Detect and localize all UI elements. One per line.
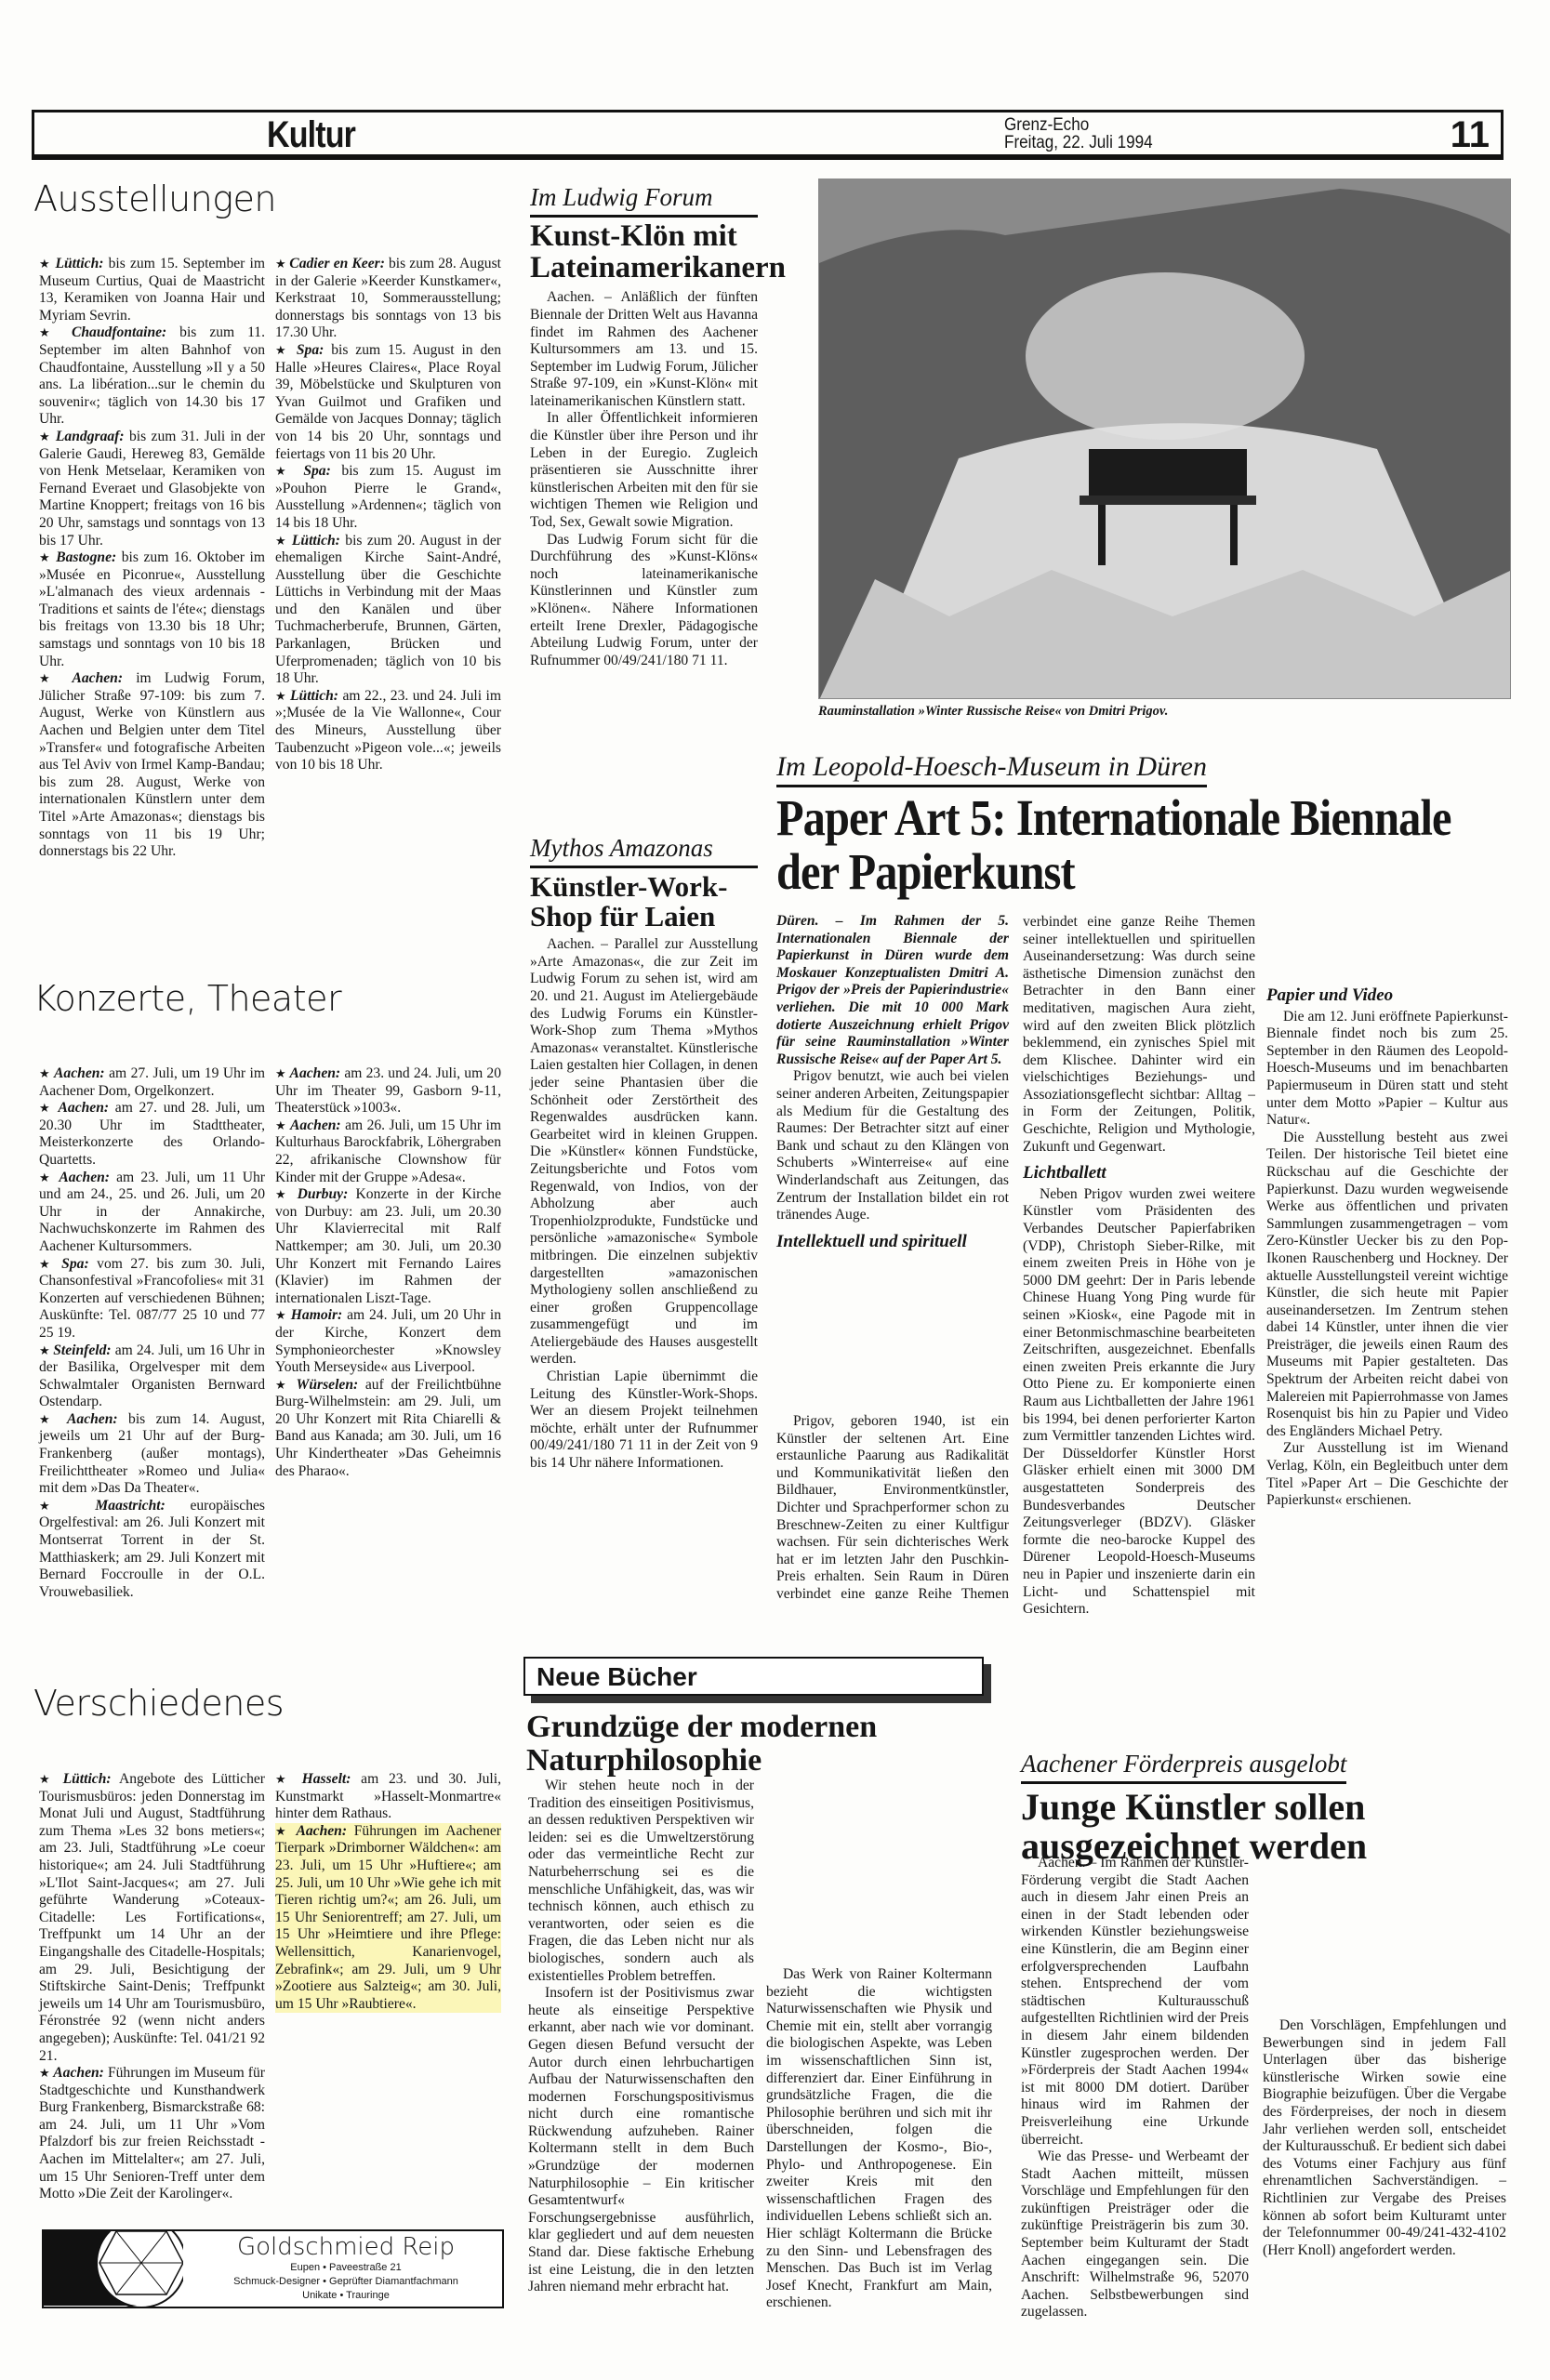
star-icon: ★ [275,534,292,548]
paragraph: Christian Lapie übernimmt die Leitung de… [530,1368,758,1473]
listing-location: Chaudfontaine: [72,324,166,340]
listing-location: Lüttich: [290,688,338,704]
installation-photo[interactable] [818,178,1511,699]
listing-location: Steinfeld: [53,1342,111,1358]
paragraph: Prigov benutzt, wie auch bei vielen sein… [776,1068,1009,1223]
star-icon: ★ [275,257,289,271]
paragraph: Das Werk von Rainer Koltermann bezieht d… [766,1966,992,2312]
listing-location: Aachen: [53,2065,104,2081]
headline: Paper Art 5: Internationale Biennale der… [776,791,1513,899]
subheading: Papier und Video [1266,987,1508,1005]
paragraph: Aachen. – Im Rahmen der Künstler-Förderu… [1021,1855,1249,2149]
star-icon: ★ [275,1378,296,1392]
paragraph: Neben Prigov wurden zwei weitere Künstle… [1023,1186,1255,1619]
listing-entry: ★ Spa: bis zum 15. August in den Halle »… [275,342,501,463]
article-paper-art: Im Leopold-Hoesch-Museum in Düren Paper … [776,751,1511,899]
listing-text: Führungen im Museum für Stadtgeschichte … [39,2065,265,2201]
star-icon: ★ [39,1170,59,1184]
star-icon: ★ [39,1343,53,1357]
listing-entry: ★ Bastogne: bis zum 16. Oktober im »Musé… [39,549,265,670]
konzerte-column-1: ★ Aachen: am 27. Juli, um 19 Uhr im Aach… [39,1065,265,1601]
star-icon: ★ [39,257,55,271]
listing-location: Aachen: [72,670,123,686]
listing-location: Durbuy: [298,1186,349,1202]
listing-location: Cadier en Keer: [289,256,385,271]
listing-text: Angebote des Lütticher Tourismusbüros: j… [39,1771,265,2064]
advertisement-goldschmied[interactable]: Goldschmied Reip Eupen • Paveestraße 21 … [42,2229,504,2308]
listing-entry: ★ Cadier en Keer: bis zum 28. August in … [275,256,501,342]
headline: Künstler-Work-Shop für Laien [530,872,758,931]
star-icon: ★ [275,1187,298,1201]
listing-location: Bastogne: [56,549,116,565]
bench-installation-image [819,179,1511,699]
section-heading-verschiedenes: Verschiedenes [33,1683,284,1724]
listing-location: Maastricht: [95,1498,165,1514]
listing-location: Aachen: [296,1823,347,1839]
listing-location: Aachen: [59,1100,110,1116]
ad-products: Unikate • Trauringe [192,2289,499,2303]
star-icon: ★ [39,1257,61,1271]
star-icon: ★ [275,1308,291,1322]
listing-entry: ★ Durbuy: Konzerte in der Kirche von Dur… [275,1186,501,1307]
listing-text: Konzerte in der Kirche von Durbuy: am 23… [275,1186,501,1306]
listing-entry: ★ Aachen: am 23. Juli, um 11 Uhr und am … [39,1170,265,1256]
listing-location: Aachen: [54,1065,105,1081]
star-icon: ★ [275,1118,290,1132]
paper-info: Grenz-Echo Freitag, 22. Juli 1994 [1004,116,1153,152]
listing-entry: ★ Steinfeld: am 24. Juli, um 16 Uhr in d… [39,1342,265,1411]
headline-naturphilosophie: Grundzüge der modernen Naturphilosophie [526,1711,1010,1778]
paper-art-column-3: Papier und Video Die am 12. Juni eröffne… [1266,913,1508,1510]
star-icon: ★ [275,689,290,703]
listing-text: Führungen im Aachener Tierpark »Drimborn… [275,1823,501,2012]
listing-text: im Ludwig Forum, Jülicher Straße 97-109:… [39,670,265,859]
star-icon: ★ [39,325,72,339]
listing-text: bis zum 16. Oktober im »Musée en Piconru… [39,549,265,669]
listing-entry: ★ Lüttich: am 22., 23. und 24. Juli im »… [275,688,501,774]
article-body: Aachen. – Anläßlich der fünften Biennale… [530,289,758,669]
listing-entry: ★ Aachen: am 27. Juli, um 19 Uhr im Aach… [39,1065,265,1100]
star-icon: ★ [39,1499,95,1513]
paragraph: Wie das Presse- und Werbeamt der Stadt A… [1021,2149,1249,2321]
paragraph: Insofern ist der Positivismus zwar heute… [528,1985,754,2296]
listing-location: Aachen: [59,1170,110,1185]
listing-entry: ★ Aachen: im Ludwig Forum, Jülicher Stra… [39,670,265,861]
star-icon: ★ [275,464,303,478]
star-icon: ★ [39,1066,54,1080]
subheading: Intellektuell und spirituell [776,1234,1009,1251]
star-icon: ★ [39,430,56,443]
kicker: Im Ludwig Forum [530,181,758,218]
verschiedenes-column-1: ★ Lüttich: Angebote des Lütticher Touris… [39,1771,265,2203]
page-number: 11 [1451,114,1490,156]
listing-entry: ★ Aachen: Führungen im Aachener Tierpark… [275,1823,501,2014]
listing-location: Lüttich: [63,1771,112,1787]
listing-entry: ★ Aachen: am 23. und 24. Juli, um 20 Uhr… [275,1065,501,1117]
section-label-neue-buecher: Neue Bücher [523,1657,984,1696]
listing-location: Aachen: [290,1117,341,1133]
listing-location: Lüttich: [292,533,340,549]
headline: Kunst-Klön mit Lateinamerikanern [530,221,758,284]
masthead: Kultur Grenz-Echo Freitag, 22. Juli 1994… [32,110,1504,160]
paragraph: Aachen. – Anläßlich der fünften Biennale… [530,289,758,410]
star-icon: ★ [275,1772,302,1786]
star-icon: ★ [39,550,56,564]
paper-art-column-2: Prigov, geboren 1940, ist ein Künstler d… [1023,913,1255,1647]
paragraph: Das Ludwig Forum sicht für die Durchführ… [530,532,758,670]
paper-art-column-1b: Prigov, geboren 1940, ist ein Künstler d… [776,1413,1009,1599]
section-heading-ausstellungen: Ausstellungen [33,178,276,219]
lead-paragraph: Düren. – Im Rahmen der 5. Internationale… [776,913,1009,1068]
listing-location: Würselen: [296,1377,358,1393]
listing-entry: ★ Hasselt: am 23. und 30. Juli, Kunstmar… [275,1771,501,1823]
paragraph-continued: Prigov, geboren 1940, ist ein Künstler d… [1023,913,1255,1156]
listing-location: Aachen: [290,1065,341,1081]
listing-entry: ★ Aachen: Führungen im Museum für Stadtg… [39,2065,265,2203]
listing-entry: ★ Spa: vom 27. bis zum 30. Juli, Chanson… [39,1256,265,1342]
foerderpreis-column-2: Den Vorschlägen, Empfehlungen und Bewerb… [1263,2017,1506,2259]
listing-location: Aachen: [67,1411,118,1427]
paragraph: Die Ausstellung besteht aus zwei Teilen.… [1266,1130,1508,1441]
listing-text: bis zum 20. August in der ehemaligen Kir… [275,533,501,687]
section-heading-konzerte: Konzerte, Theater [33,978,341,1019]
paragraph: Den Vorschlägen, Empfehlungen und Bewerb… [1263,2017,1506,2259]
ad-text: Goldschmied Reip Eupen • Paveestraße 21 … [192,2233,499,2303]
issue-date: Freitag, 22. Juli 1994 [1004,134,1153,152]
listing-location: Lüttich: [55,256,103,271]
article-kunst-kloen: Im Ludwig Forum Kunst-Klön mit Lateiname… [530,181,758,669]
listing-location: Spa: [61,1256,88,1272]
neue-buecher-label: Neue Bücher [537,1662,697,1692]
listing-location: Hasselt: [302,1771,351,1787]
listing-entry: ★ Chaudfontaine: bis zum 11. September i… [39,324,265,429]
paragraph: Die am 12. Juni eröffnete Papierkunst-Bi… [1266,1009,1508,1130]
star-icon: ★ [39,1772,63,1786]
listing-location: Hamoir: [291,1307,342,1323]
ad-tagline: Schmuck-Designer • Geprüfter Diamantfach… [192,2275,499,2289]
listing-entry: ★ Landgraaf: bis zum 31. Juli in der Gal… [39,429,265,549]
listing-entry: ★ Lüttich: bis zum 15. September im Muse… [39,256,265,324]
star-icon: ★ [39,2066,53,2080]
listing-entry: ★ Lüttich: bis zum 20. August in der ehe… [275,533,501,688]
paragraph: Zur Ausstellung ist im Wienand Verlag, K… [1266,1440,1508,1509]
buecher-column-2: Das Werk von Rainer Koltermann bezieht d… [766,1966,992,2312]
listing-entry: ★ Würselen: auf der Freilichtbühne Burg-… [275,1377,501,1481]
star-icon: ★ [275,1824,296,1838]
listing-location: Spa: [297,342,324,358]
kicker: Im Leopold-Hoesch-Museum in Düren [776,751,1207,787]
paragraph: In aller Öffentlichkeit informieren die … [530,410,758,531]
article-foerderpreis: Aachener Förderpreis ausgelobt Junge Kün… [1021,1748,1514,1866]
paper-name: Grenz-Echo [1004,116,1153,134]
star-icon: ★ [39,1101,59,1115]
section-title: Kultur [267,114,355,156]
ad-name: Goldschmied Reip [192,2233,499,2261]
star-icon: ★ [275,1066,290,1080]
paper-art-column-1: Düren. – Im Rahmen der 5. Internationale… [776,913,1009,1254]
star-icon: ★ [39,1412,67,1426]
konzerte-column-2: ★ Aachen: am 23. und 24. Juli, um 20 Uhr… [275,1065,501,1480]
subheading: Lichtballett [1023,1165,1255,1183]
verschiedenes-column-2: ★ Hasselt: am 23. und 30. Juli, Kunstmar… [275,1771,501,2013]
listing-text: bis zum 31. Juli in der Galerie Gaudi, H… [39,429,265,549]
star-icon: ★ [275,343,297,357]
ad-address: Eupen • Paveestraße 21 [192,2261,499,2275]
paragraph: Aachen. – Parallel zur Ausstellung »Arte… [530,936,758,1368]
listing-entry: ★ Aachen: am 26. Juli, um 15 Uhr im Kult… [275,1117,501,1186]
listing-entry: ★ Aachen: am 27. und 28. Juli, um 20.30 … [39,1100,265,1169]
listing-entry: ★ Maastricht: europäisches Orgelfestival… [39,1498,265,1602]
listing-entry: ★ Aachen: bis zum 14. August, jeweils um… [39,1411,265,1498]
kicker: Aachener Förderpreis ausgelobt [1021,1748,1346,1784]
foerderpreis-column-1: Aachen. – Im Rahmen der Künstler-Förderu… [1021,1855,1249,2321]
listing-location: Spa: [303,463,330,479]
article-body: Aachen. – Parallel zur Ausstellung »Arte… [530,936,758,1472]
photo-caption: Rauminstallation »Winter Russische Reise… [818,704,1168,720]
listing-location: Landgraaf: [56,429,125,444]
star-icon: ★ [39,671,72,685]
listing-entry: ★ Lüttich: Angebote des Lütticher Touris… [39,1771,265,2065]
paragraph: Wir stehen heute noch in der Tradition d… [528,1778,754,1985]
listing-text: bis zum 15. August in den Halle »Heures … [275,342,501,462]
listing-entry: ★ Spa: bis zum 15. August im »Pouhon Pie… [275,463,501,532]
listing-entry: ★ Hamoir: am 24. Juli, um 20 Uhr in der … [275,1307,501,1376]
buecher-column-1: Wir stehen heute noch in der Tradition d… [528,1778,754,2296]
diamond-logo-icon [44,2231,183,2307]
article-workshop: Mythos Amazonas Künstler-Work-Shop für L… [530,832,758,1473]
ausstellungen-column-1: ★ Lüttich: bis zum 15. September im Muse… [39,256,265,861]
ausstellungen-column-2: ★ Cadier en Keer: bis zum 28. August in … [275,256,501,774]
paragraph: Prigov, geboren 1940, ist ein Künstler d… [776,1413,1009,1599]
kicker: Mythos Amazonas [530,832,758,868]
